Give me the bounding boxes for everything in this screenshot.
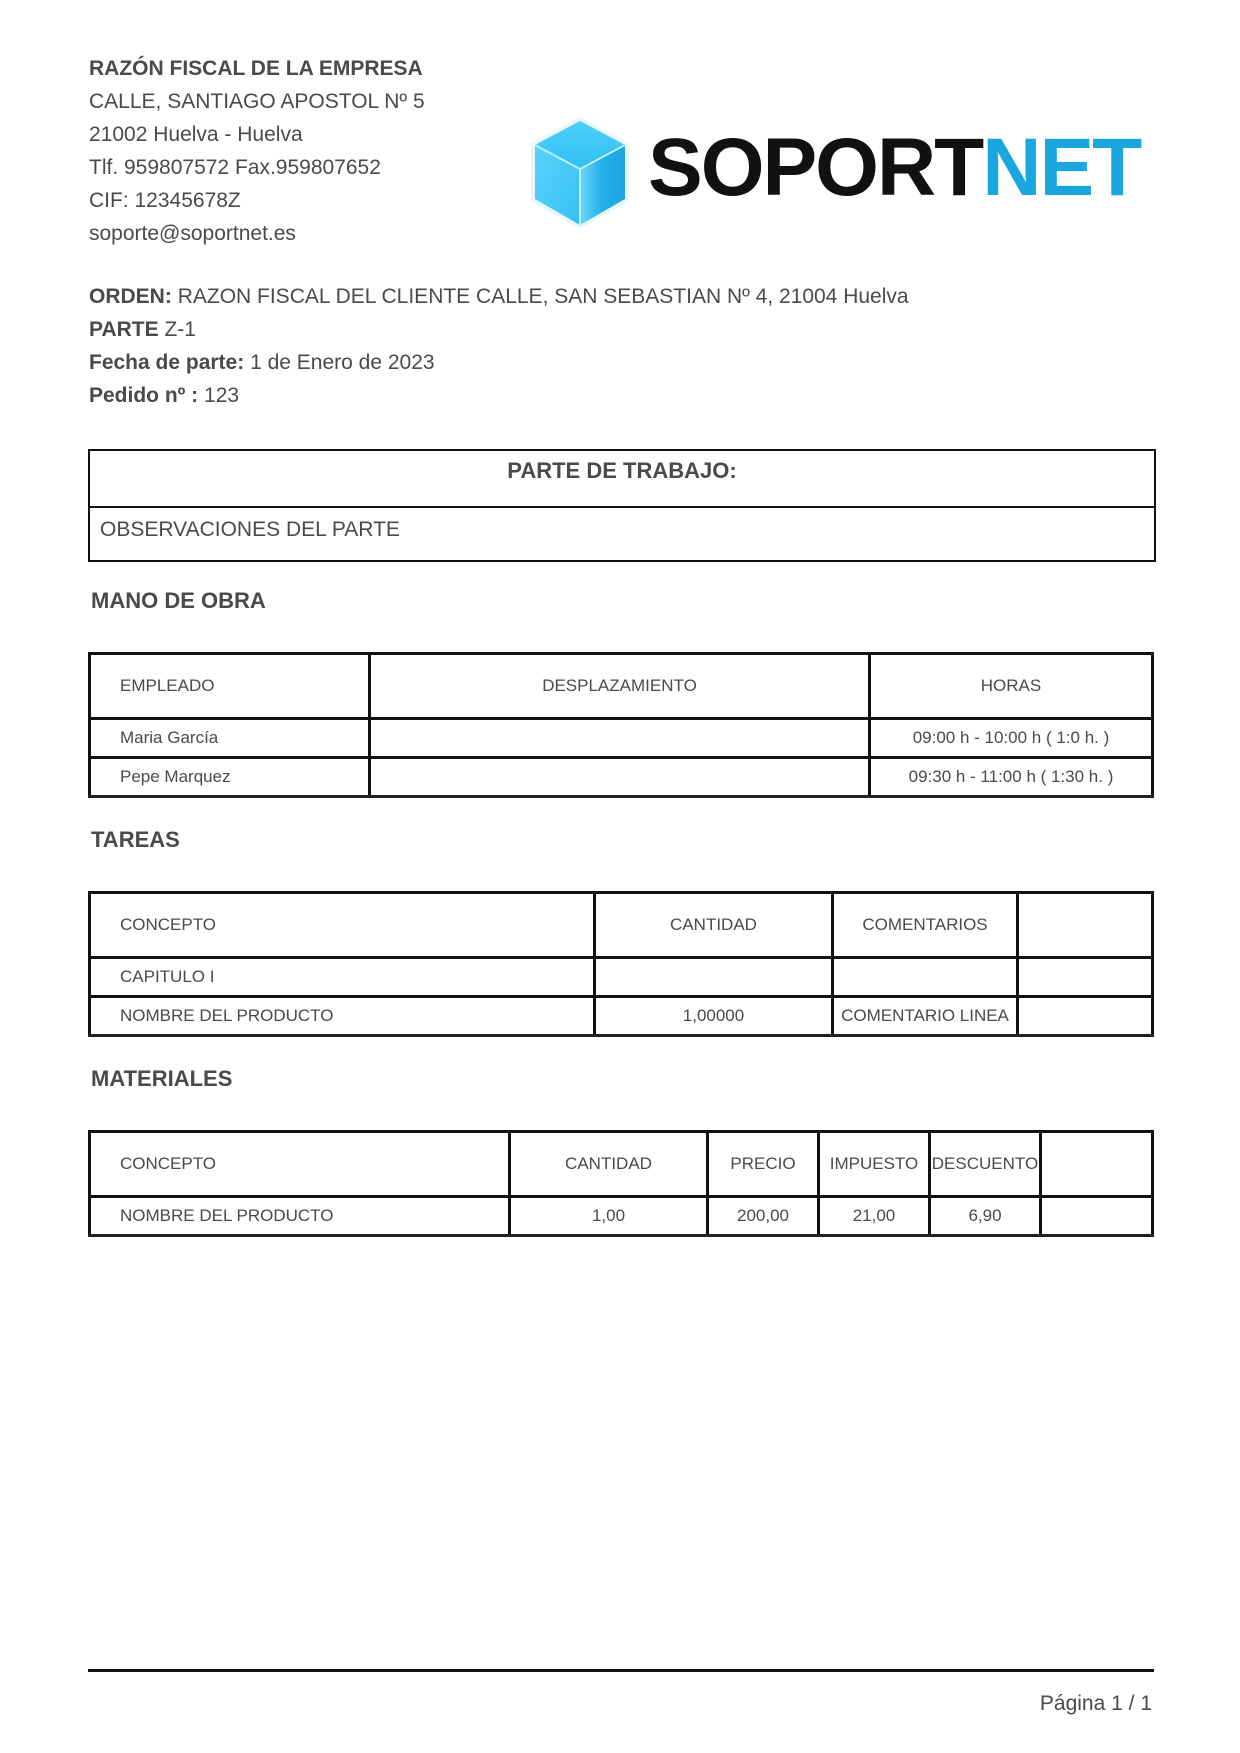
labour-empleado: Pepe Marquez bbox=[90, 758, 370, 797]
cube-icon bbox=[525, 113, 635, 233]
materials-header-row: CONCEPTO CANTIDAD PRECIO IMPUESTO DESCUE… bbox=[90, 1132, 1153, 1197]
materials-section-title: MATERIALES bbox=[91, 1066, 232, 1092]
orden-value: RAZON FISCAL DEL CLIENTE CALLE, SAN SEBA… bbox=[178, 285, 909, 308]
material-descuento: 6,90 bbox=[930, 1197, 1041, 1236]
parte-label: PARTE bbox=[89, 318, 159, 341]
fecha-label: Fecha de parte: bbox=[89, 351, 244, 374]
table-row: Maria García 09:00 h - 10:00 h ( 1:0 h. … bbox=[90, 719, 1153, 758]
fecha-line: Fecha de parte: 1 de Enero de 2023 bbox=[89, 346, 909, 379]
pedido-line: Pedido nº : 123 bbox=[89, 379, 909, 412]
tasks-section-title: TAREAS bbox=[91, 827, 180, 853]
labour-section-title: MANO DE OBRA bbox=[91, 588, 266, 614]
labour-desplazamiento bbox=[370, 719, 870, 758]
labour-col-horas: HORAS bbox=[870, 654, 1153, 719]
parte-line: PARTE Z-1 bbox=[89, 313, 909, 346]
materials-col-precio: PRECIO bbox=[708, 1132, 819, 1197]
company-name: RAZÓN FISCAL DE LA EMPRESA bbox=[89, 52, 425, 85]
logo-wordmark: SOPORTNET bbox=[648, 123, 1140, 213]
task-comentarios: COMENTARIO LINEA bbox=[833, 997, 1018, 1036]
tasks-col-concepto: CONCEPTO bbox=[90, 893, 595, 958]
logo-text-accent: NET bbox=[982, 122, 1140, 213]
task-comentarios bbox=[833, 958, 1018, 997]
materials-table: CONCEPTO CANTIDAD PRECIO IMPUESTO DESCUE… bbox=[88, 1130, 1154, 1237]
table-row: Pepe Marquez 09:30 h - 11:00 h ( 1:30 h.… bbox=[90, 758, 1153, 797]
table-row: NOMBRE DEL PRODUCTO 1,00000 COMENTARIO L… bbox=[90, 997, 1153, 1036]
tasks-col-cantidad: CANTIDAD bbox=[595, 893, 833, 958]
company-cif: CIF: 12345678Z bbox=[89, 184, 425, 217]
task-cantidad bbox=[595, 958, 833, 997]
labour-header-row: EMPLEADO DESPLAZAMIENTO HORAS bbox=[90, 654, 1153, 719]
task-concepto: NOMBRE DEL PRODUCTO bbox=[90, 997, 595, 1036]
company-phone-fax: Tlf. 959807572 Fax.959807652 bbox=[89, 151, 425, 184]
fecha-value: 1 de Enero de 2023 bbox=[250, 351, 435, 374]
parte-value: Z-1 bbox=[164, 318, 196, 341]
labour-col-desplazamiento: DESPLAZAMIENTO bbox=[370, 654, 870, 719]
material-precio: 200,00 bbox=[708, 1197, 819, 1236]
tasks-col-comentarios: COMENTARIOS bbox=[833, 893, 1018, 958]
tasks-table: CONCEPTO CANTIDAD COMENTARIOS CAPITULO I… bbox=[88, 891, 1154, 1037]
work-order-box: PARTE DE TRABAJO: OBSERVACIONES DEL PART… bbox=[88, 449, 1156, 562]
material-impuesto: 21,00 bbox=[819, 1197, 930, 1236]
work-order-title: PARTE DE TRABAJO: bbox=[90, 451, 1154, 508]
company-info: RAZÓN FISCAL DE LA EMPRESA CALLE, SANTIA… bbox=[89, 52, 425, 250]
tasks-col-extra bbox=[1018, 893, 1153, 958]
company-email: soporte@soportnet.es bbox=[89, 217, 425, 250]
labour-desplazamiento bbox=[370, 758, 870, 797]
soportnet-logo: SOPORTNET bbox=[525, 113, 1135, 238]
logo-text-dark: SOPORT bbox=[648, 122, 982, 213]
labour-horas: 09:30 h - 11:00 h ( 1:30 h. ) bbox=[870, 758, 1153, 797]
company-address: CALLE, SANTIAGO APOSTOL Nº 5 bbox=[89, 85, 425, 118]
order-info: ORDEN: RAZON FISCAL DEL CLIENTE CALLE, S… bbox=[89, 280, 909, 412]
orden-label: ORDEN: bbox=[89, 285, 172, 308]
material-concepto: NOMBRE DEL PRODUCTO bbox=[90, 1197, 510, 1236]
task-concepto: CAPITULO I bbox=[90, 958, 595, 997]
materials-col-extra bbox=[1041, 1132, 1153, 1197]
task-extra bbox=[1018, 958, 1153, 997]
pedido-label: Pedido nº : bbox=[89, 384, 198, 407]
materials-col-cantidad: CANTIDAD bbox=[510, 1132, 708, 1197]
labour-empleado: Maria García bbox=[90, 719, 370, 758]
pedido-value: 123 bbox=[204, 384, 239, 407]
material-cantidad: 1,00 bbox=[510, 1197, 708, 1236]
table-row: NOMBRE DEL PRODUCTO 1,00 200,00 21,00 6,… bbox=[90, 1197, 1153, 1236]
company-city: 21002 Huelva - Huelva bbox=[89, 118, 425, 151]
table-row: CAPITULO I bbox=[90, 958, 1153, 997]
labour-col-empleado: EMPLEADO bbox=[90, 654, 370, 719]
work-order-observations: OBSERVACIONES DEL PARTE bbox=[90, 508, 1154, 560]
materials-col-concepto: CONCEPTO bbox=[90, 1132, 510, 1197]
materials-col-impuesto: IMPUESTO bbox=[819, 1132, 930, 1197]
tasks-header-row: CONCEPTO CANTIDAD COMENTARIOS bbox=[90, 893, 1153, 958]
labour-horas: 09:00 h - 10:00 h ( 1:0 h. ) bbox=[870, 719, 1153, 758]
task-cantidad: 1,00000 bbox=[595, 997, 833, 1036]
footer-divider bbox=[88, 1669, 1154, 1672]
labour-table: EMPLEADO DESPLAZAMIENTO HORAS Maria Garc… bbox=[88, 652, 1154, 798]
order-line: ORDEN: RAZON FISCAL DEL CLIENTE CALLE, S… bbox=[89, 280, 909, 313]
material-extra bbox=[1041, 1197, 1153, 1236]
task-extra bbox=[1018, 997, 1153, 1036]
page-number: Página 1 / 1 bbox=[1040, 1692, 1152, 1716]
materials-col-descuento: DESCUENTO bbox=[930, 1132, 1041, 1197]
